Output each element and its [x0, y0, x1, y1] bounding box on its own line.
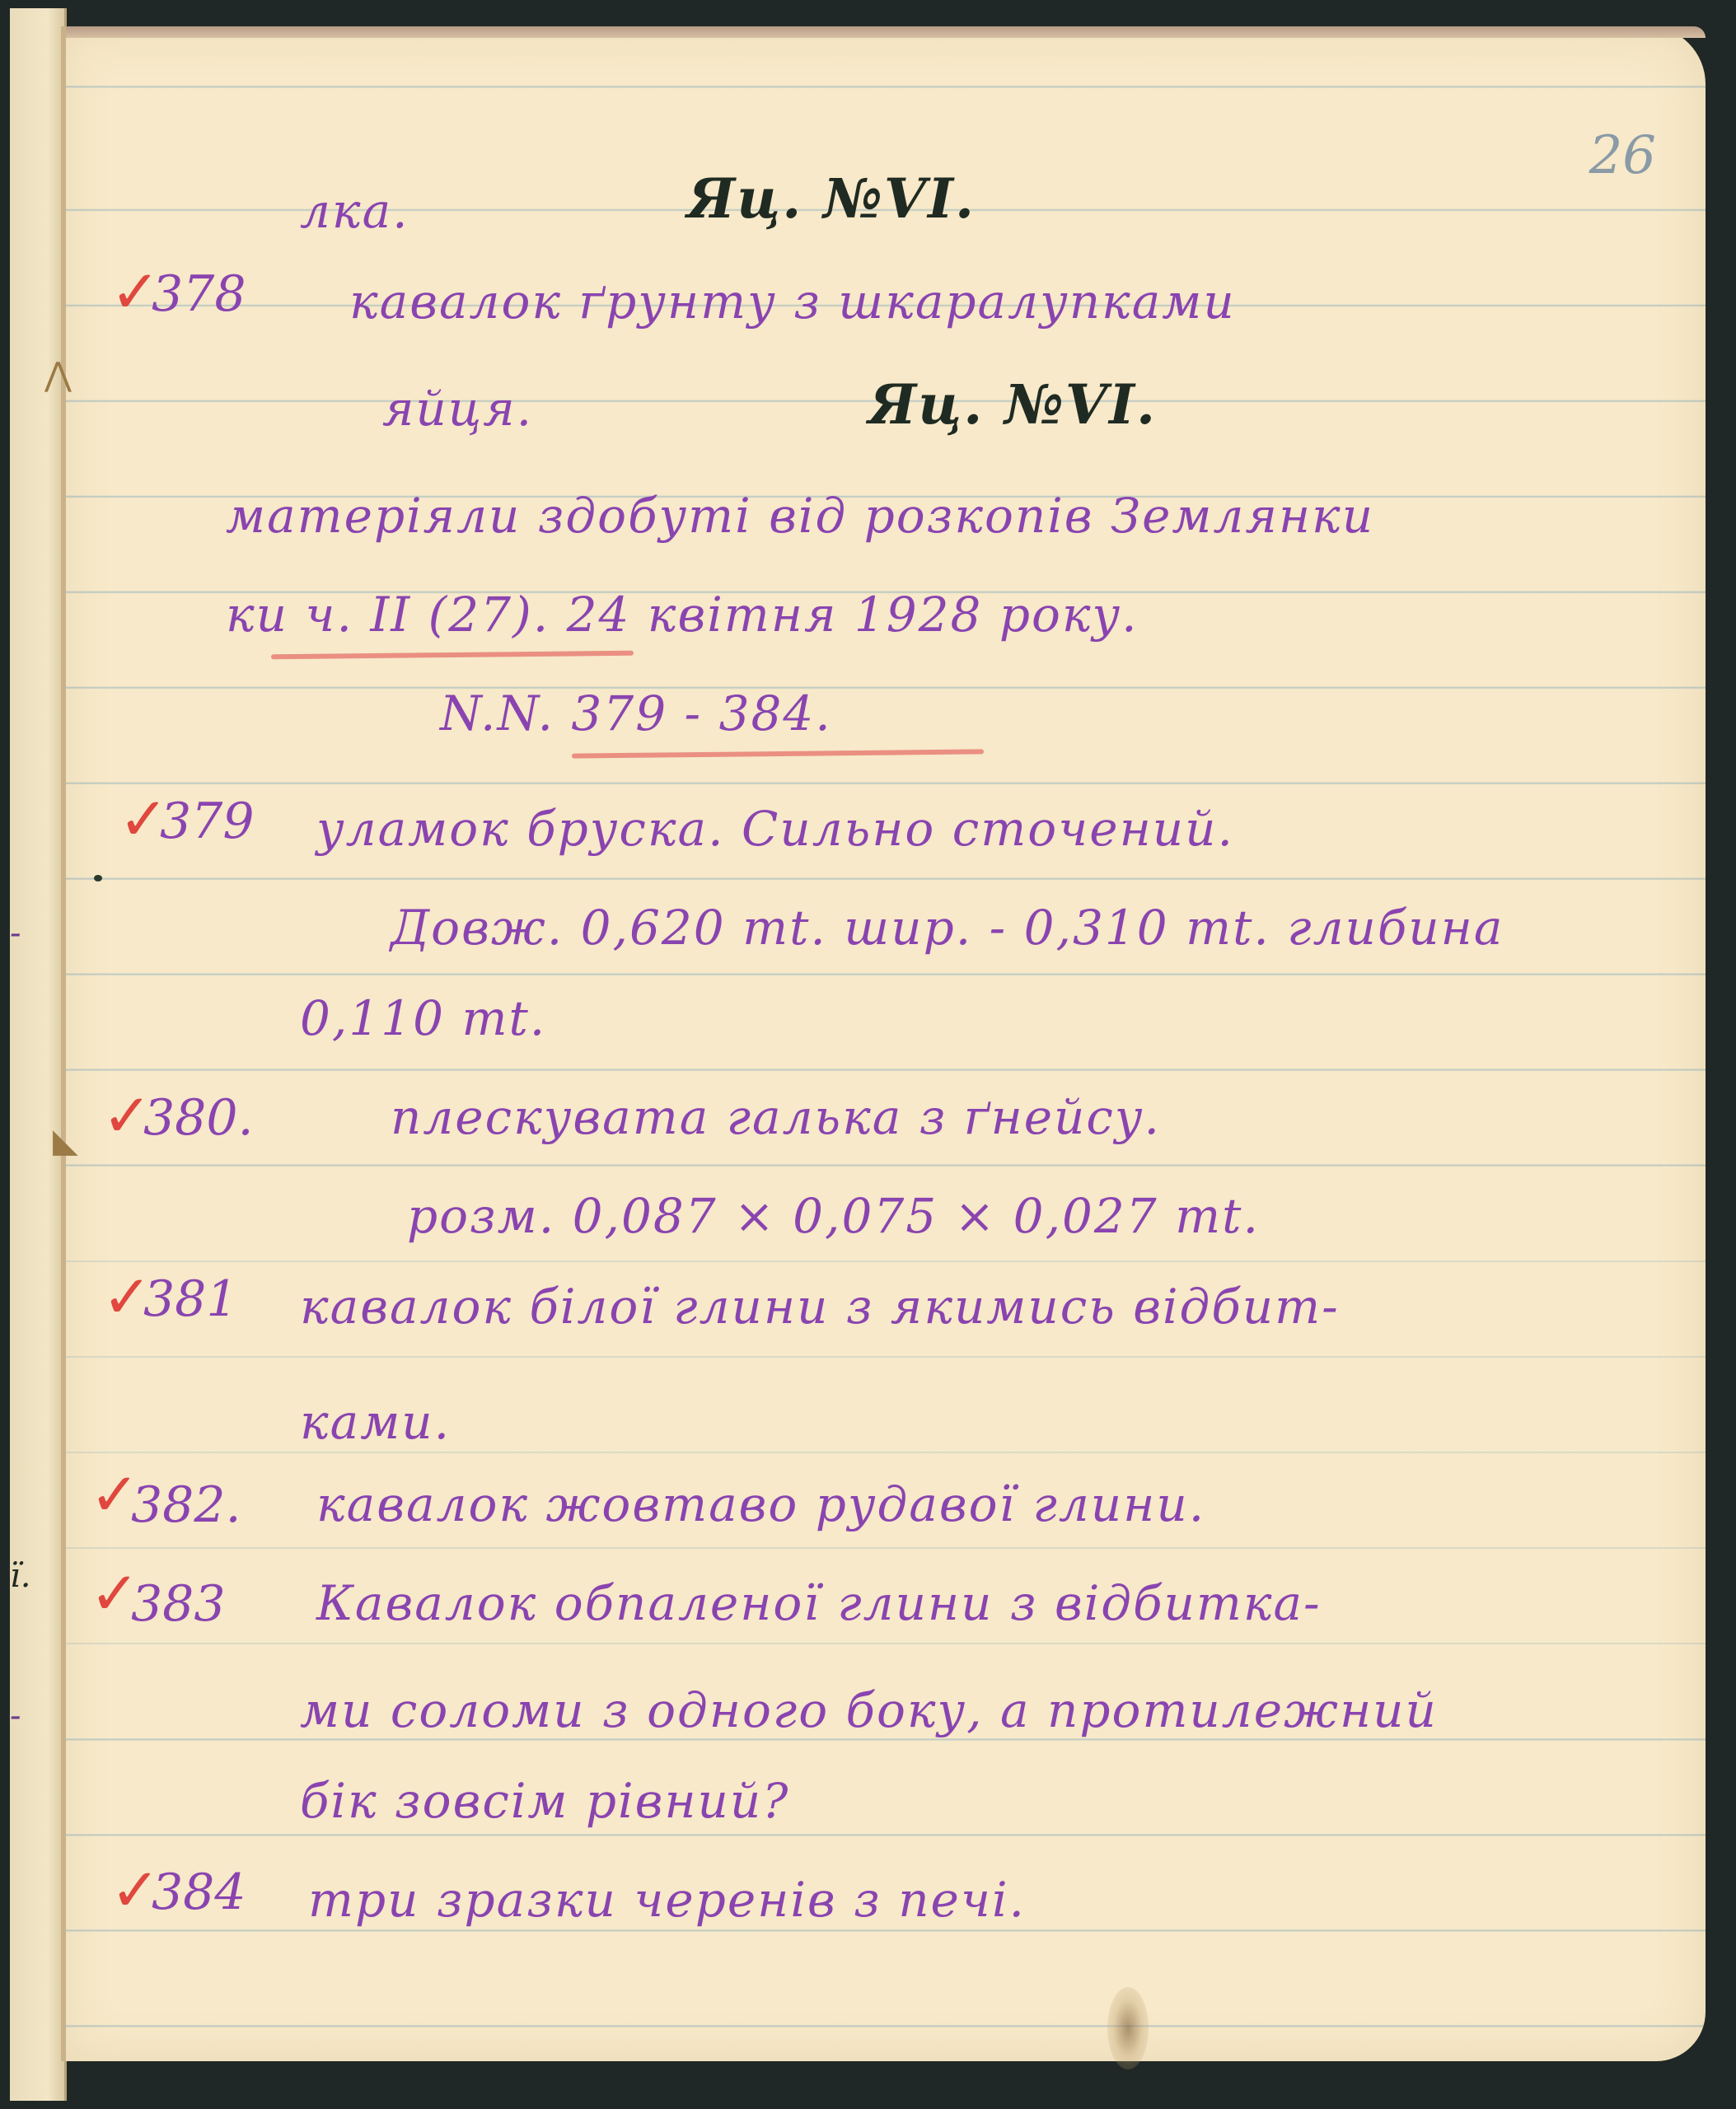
item-text-line: ми соломи з одного боку, а протилежний: [300, 1682, 1438, 1738]
item-text-line: плескувата галька з ґнейсу.: [391, 1089, 1161, 1145]
left-facing-page-edge: - ї. -: [10, 8, 67, 2101]
water-stain: [1107, 1987, 1149, 2069]
item-number: 383: [131, 1575, 226, 1633]
header-stamp: Яц. №VI.: [687, 166, 976, 231]
item-text-line: кавалок білої глини з якимись відбит-: [300, 1279, 1340, 1335]
entry-text-line: яйця.: [382, 381, 533, 437]
item-number: 384: [152, 1863, 246, 1921]
item-text-line: уламок бруска. Сильно сточений.: [316, 801, 1234, 857]
notebook-page: 26 ⋀ ◣ лка. Яц. №VI. ✓ 378 кавалок ґрунт…: [61, 26, 1706, 2061]
page-top-edge: [61, 26, 1706, 38]
entry-stamp: Яц. №VI.: [868, 372, 1157, 437]
item-text-line: 0,110 mt.: [300, 990, 546, 1046]
header-text-fragment: лка.: [300, 183, 409, 239]
item-text-line: три зразки черенів з печі.: [308, 1872, 1026, 1928]
item-text-line: ками.: [300, 1394, 451, 1450]
scanned-notebook-spread: - ї. - 26 ⋀ ◣ лка. Яц. №VI. ✓ 378 кавало…: [0, 0, 1736, 2109]
item-text-line: Кавалок обпаленої глини з відбитка-: [316, 1575, 1322, 1631]
item-text-line: Довж. 0,620 mt. шир. - 0,310 mt. глибина: [391, 900, 1504, 956]
left-page-fragment: ї.: [10, 1557, 31, 1595]
section-note-line: матеріяли здобуті від розкопів Землянки: [226, 488, 1374, 544]
red-underline: [572, 749, 984, 758]
entry-number: 378: [152, 265, 246, 323]
item-number: 382.: [131, 1476, 241, 1534]
item-text-line: бік зовсім рівний?: [300, 1773, 789, 1829]
red-underline: [271, 651, 634, 660]
item-text-line: розм. 0,087 × 0,075 × 0,027 mt.: [407, 1188, 1260, 1244]
item-number: 381: [143, 1270, 238, 1328]
section-note-line: ки ч. II (27). 24 квітня 1928 року.: [226, 587, 1139, 643]
stain-mark: ⋀: [44, 356, 72, 394]
left-page-fragment: -: [10, 1697, 21, 1735]
section-note-range: N.N. 379 - 384.: [440, 685, 832, 741]
item-text-line: кавалок жовтаво рудавої глини.: [316, 1476, 1205, 1532]
left-page-fragment: -: [10, 914, 21, 952]
page-number: 26: [1589, 125, 1656, 186]
ink-dot: [94, 875, 102, 881]
stain-mark: ◣: [53, 1122, 78, 1160]
spine-fold: [61, 26, 66, 2061]
item-number: 379: [160, 793, 255, 850]
item-number: 380.: [143, 1089, 254, 1147]
entry-text-line: кавалок ґрунту з шкаралупками: [349, 274, 1236, 330]
